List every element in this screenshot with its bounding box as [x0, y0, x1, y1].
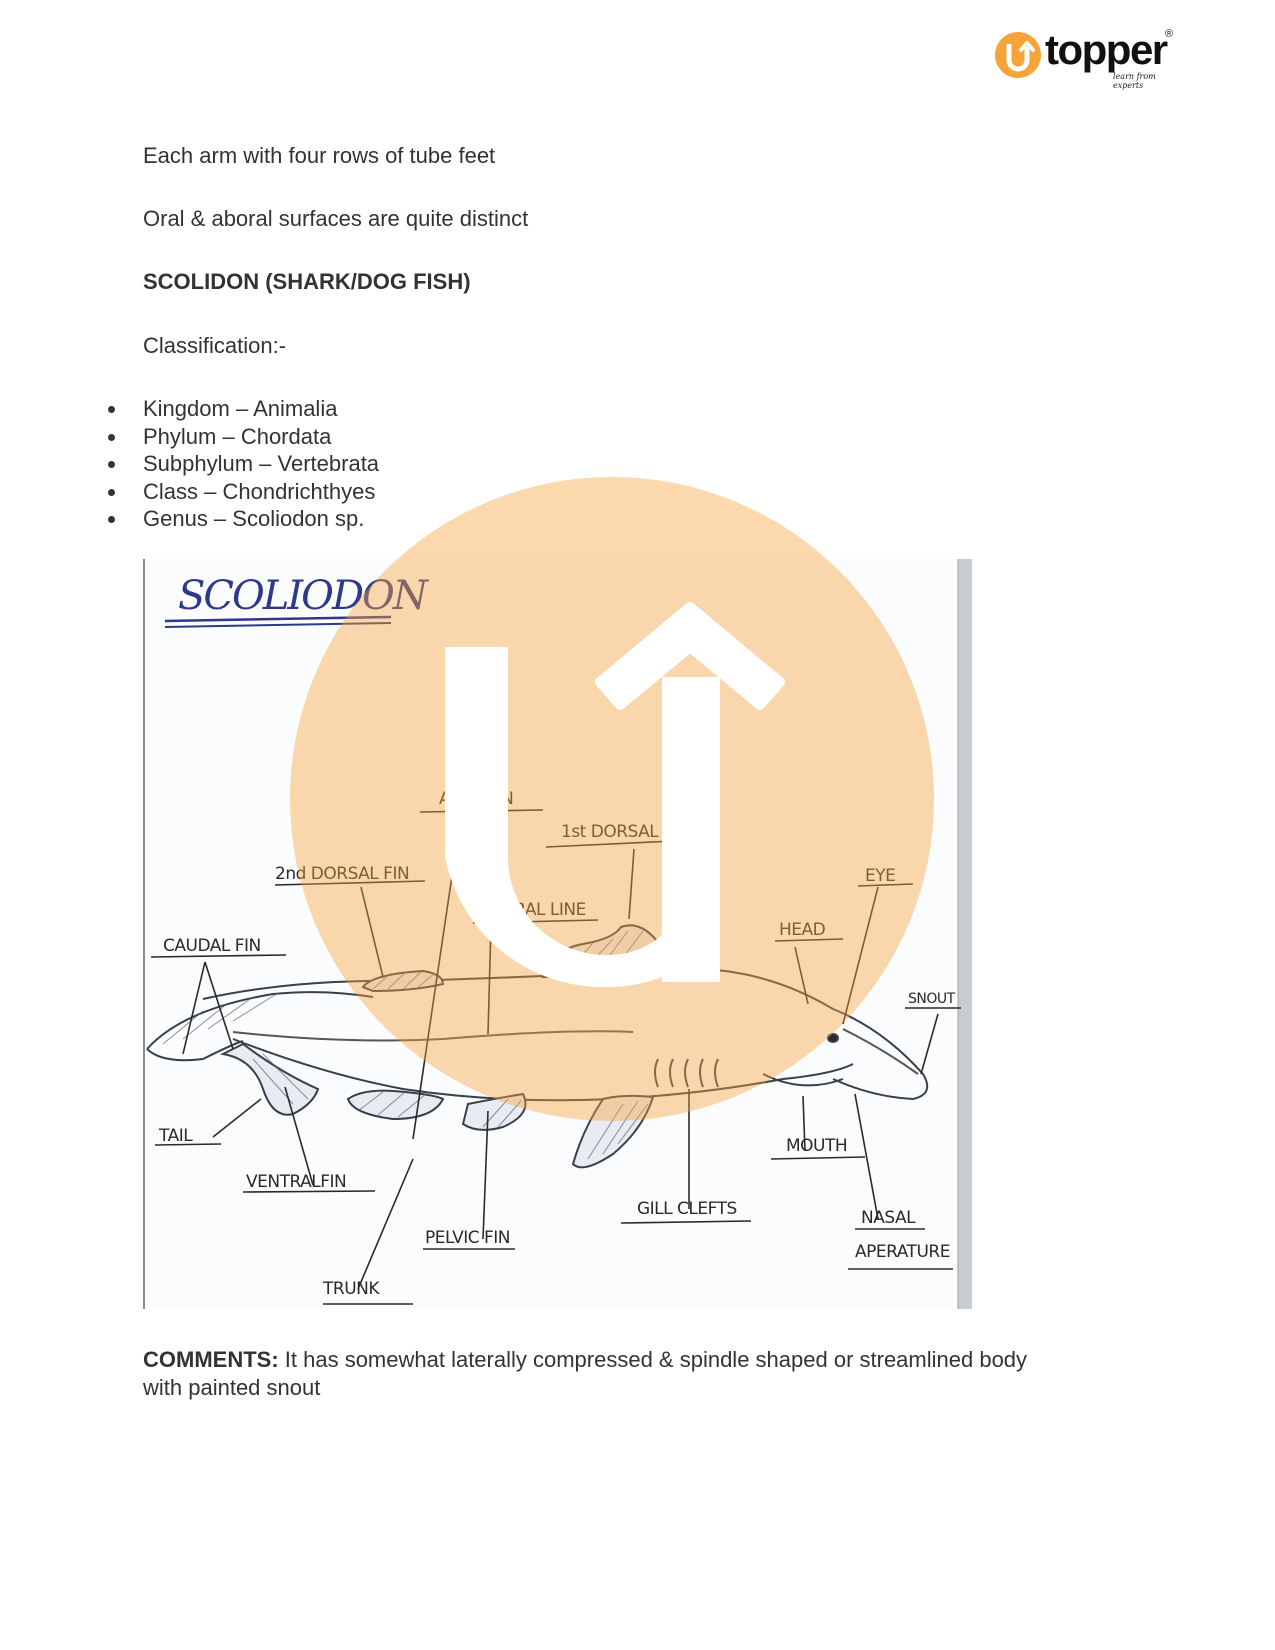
label-anal-fin: ANAL FIN — [439, 789, 513, 809]
label-snout: SNOUT — [908, 991, 956, 1007]
list-item: Subphylum – Vertebrata — [108, 450, 379, 478]
u-arrow-up-icon — [995, 32, 1041, 78]
label-nasal: NASAL — [861, 1208, 916, 1228]
label-caudal-fin: CAUDAL FIN — [163, 936, 261, 956]
label-tail: TAIL — [158, 1126, 193, 1146]
shark-drawing: SCOLIODON — [143, 559, 972, 1309]
label-gill-clefts: GILL CLEFTS — [637, 1199, 737, 1219]
comments-label: COMMENTS: — [143, 1347, 279, 1372]
bullet-icon — [108, 434, 115, 441]
label-first-dorsal-fin: 1st DORSAL FIN — [561, 822, 689, 842]
list-item: Phylum – Chordata — [108, 423, 379, 451]
list-item: Class – Chondrichthyes — [108, 478, 379, 506]
comments-paragraph: COMMENTS: It has somewhat laterally comp… — [143, 1346, 1063, 1402]
label-second-dorsal-fin: 2nd DORSAL FIN — [275, 864, 409, 884]
section-title: SCOLIDON (SHARK/DOG FISH) — [143, 269, 471, 295]
label-eye: EYE — [865, 866, 895, 886]
diagram-title: SCOLIODON — [178, 573, 430, 619]
bullet-icon — [108, 406, 115, 413]
label-mouth: MOUTH — [786, 1136, 847, 1156]
label-trunk: TRUNK — [322, 1279, 380, 1299]
list-item: Kingdom – Animalia — [108, 395, 379, 423]
bullet-icon — [108, 461, 115, 468]
classification-class: Class – Chondrichthyes — [143, 479, 375, 504]
label-aperture: APERATURE — [855, 1242, 950, 1262]
classification-label: Classification:- — [143, 333, 286, 359]
label-lateral-line: LATERAL LINE — [475, 900, 586, 920]
classification-genus: Genus – Scoliodon sp. — [143, 506, 364, 531]
label-ventral-fin: VENTRALFIN — [246, 1172, 346, 1192]
registered-mark: ® — [1165, 28, 1173, 40]
bullet-icon — [108, 516, 115, 523]
logo-tagline: learn from experts — [1113, 72, 1185, 90]
classification-phylum: Phylum – Chordata — [143, 424, 331, 449]
bullet-icon — [108, 489, 115, 496]
classification-subphylum: Subphylum – Vertebrata — [143, 451, 379, 476]
label-head: HEAD — [779, 920, 826, 940]
label-pelvic-fin: PELVIC FIN — [425, 1228, 510, 1248]
classification-list: Kingdom – Animalia Phylum – Chordata Sub… — [108, 395, 379, 533]
list-item: Genus – Scoliodon sp. — [108, 505, 379, 533]
body-line-tube-feet: Each arm with four rows of tube feet — [143, 143, 495, 169]
topper-logo: topper ® learn from experts — [995, 26, 1185, 88]
classification-kingdom: Kingdom – Animalia — [143, 396, 337, 421]
scoliodon-diagram: SCOLIODON — [143, 559, 972, 1309]
body-line-surfaces: Oral & aboral surfaces are quite distinc… — [143, 206, 528, 232]
logo-wordmark: topper — [1045, 26, 1167, 74]
